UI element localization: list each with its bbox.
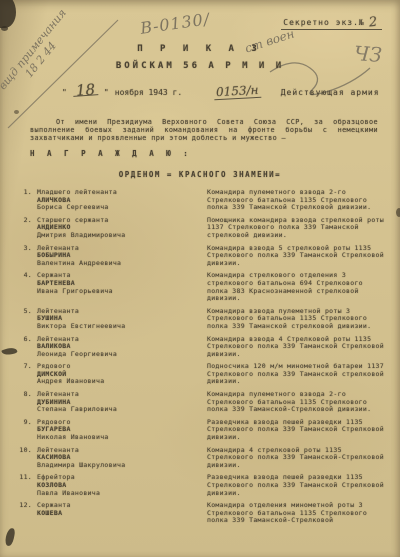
entry-description: Командира взвода 5 стрелковой роты 1135 … — [207, 245, 387, 268]
entry-surname: КОШЕВА — [37, 510, 179, 518]
entry-description: Командира взвода 4 Стрелковой роты 1135 … — [207, 336, 387, 359]
entry-description: Разведчика взвода пешей разведки 1135 Ст… — [207, 419, 387, 442]
active-army-label: Действующая армия — [281, 88, 380, 97]
entry-name: Степана Гавриловича — [37, 406, 179, 414]
date-text: ноября 1943 г. — [115, 88, 182, 97]
entry-description: Командира взвода пулеметной роты 3 Стрел… — [207, 308, 387, 331]
entry-name: Николая Ивановича — [37, 434, 179, 442]
award-entry: 12. СержантаКОШЕВА Командира отделения м… — [12, 502, 394, 525]
date-line: "18" ноября 1943 г. 0153/н Действующая а… — [62, 84, 392, 99]
award-entry: 3. ЛейтенантаБОБЫРИНАВалентина Андреевич… — [12, 245, 394, 268]
award-entry: 1. Младшего лейтенантаАЛИЧКОВАБориса Сер… — [12, 189, 394, 212]
entry-description: Командира пулеметного взвода 2-го Стрелк… — [207, 189, 387, 212]
entry-description: Помощника командира взвода стрелковой ро… — [207, 217, 387, 240]
scanned-document-page: { "page": { "stamp_secret": "Секретно эк… — [0, 0, 400, 557]
entry-number: 7. — [12, 363, 32, 386]
award-entry: 4. СержантаБАРТЕНЕВАИвана Григорьевича К… — [12, 272, 394, 302]
entry-number: 9. — [12, 419, 32, 442]
preamble-paragraph: От имени Президиума Верховного Совета Со… — [30, 118, 378, 142]
entry-number: 6. — [12, 336, 32, 359]
entry-description: Командира 4 стрелковой роты 1135 Стрелко… — [207, 447, 387, 470]
entry-name: Леонида Георгиевича — [37, 351, 179, 359]
award-entry: 11. ЕфрейтораКОЗЛОВАПавла Ивановича Разв… — [12, 474, 394, 497]
entry-name: Дмитрия Владимировича — [37, 232, 179, 240]
entry-name: Павла Ивановича — [37, 490, 179, 498]
secrecy-stamp-label: Секретно экз.№ — [283, 18, 364, 27]
entry-number: 5. — [12, 308, 32, 331]
document-title: П Р И К А З — [0, 44, 400, 54]
quote-open: " — [62, 88, 67, 97]
scan-artifact-right-dot — [396, 208, 400, 217]
entry-number: 10. — [12, 447, 32, 470]
order-of-red-banner-heading: ОРДЕНОМ = КРАСНОГО ЗНАМЕНИ= — [0, 170, 400, 179]
entry-description: Подносчика 120 м/м минометной батареи 11… — [207, 363, 387, 386]
entry-name: Виктора Евстигнеевича — [37, 323, 179, 331]
copy-number: 2 — [368, 19, 378, 28]
handwritten-order-number: 0153/н — [214, 83, 261, 100]
entry-number: 8. — [12, 391, 32, 414]
entry-description: Командира отделения минометной роты 3 Ст… — [207, 502, 387, 525]
award-entry: 2. Старшего сержантаАНДИЕНКОДмитрия Влад… — [12, 217, 394, 240]
entry-number: 11. — [12, 474, 32, 497]
handwritten-day: 18 — [72, 84, 98, 97]
award-entry: 9. РядовогоБУГАРЕВАНиколая Ивановича Раз… — [12, 419, 394, 442]
entry-name: Ивана Григорьевича — [37, 288, 179, 296]
document-subtitle: ВОЙСКАМ 56 А Р М И И — [0, 61, 400, 71]
entry-name: Андрея Ивановича — [37, 378, 179, 386]
award-entry: 6. ЛейтенантаВАЛИКОВАЛеонида Георгиевича… — [12, 336, 394, 359]
award-entry: 5. ЛейтенантаБУШИНАВиктора Евстигнеевича… — [12, 308, 394, 331]
awardee-list: 1. Младшего лейтенантаАЛИЧКОВАБориса Сер… — [12, 189, 394, 530]
secrecy-stamp: Секретно экз.№ 2 — [281, 18, 382, 30]
entry-name: Валентина Андреевича — [37, 260, 179, 268]
quote-close: " — [104, 88, 109, 97]
award-entry: 8. ЛейтенантаДУБИНИНАСтепана Гавриловича… — [12, 391, 394, 414]
entry-number: 12. — [12, 502, 32, 525]
entry-number: 2. — [12, 217, 32, 240]
entry-number: 1. — [12, 189, 32, 212]
entry-name: Бориса Сергеевича — [37, 204, 179, 212]
entry-number: 3. — [12, 245, 32, 268]
award-entry: 7. РядовогоДИМСКОЙАндрея Ивановича Подно… — [12, 363, 394, 386]
entry-name: Владимира Шакруловича — [37, 462, 179, 470]
entry-number: 4. — [12, 272, 32, 302]
pencil-stroke-diagonal — [0, 6, 150, 136]
award-declaration: Н А Г Р А Ж Д А Ю : — [30, 149, 192, 158]
scan-artifact-bottom-mark — [4, 527, 16, 546]
entry-description: Командира стрелкового отделения 3 стрелк… — [207, 272, 387, 302]
award-entry: 10. ЛейтенантаКАСИМОВАВладимира Шакрулов… — [12, 447, 394, 470]
entry-description: Разведчика взвода пешей разведки 1135 Ст… — [207, 474, 387, 497]
entry-description: Командира пулеметного взвода 2-го Стрелк… — [207, 391, 387, 414]
